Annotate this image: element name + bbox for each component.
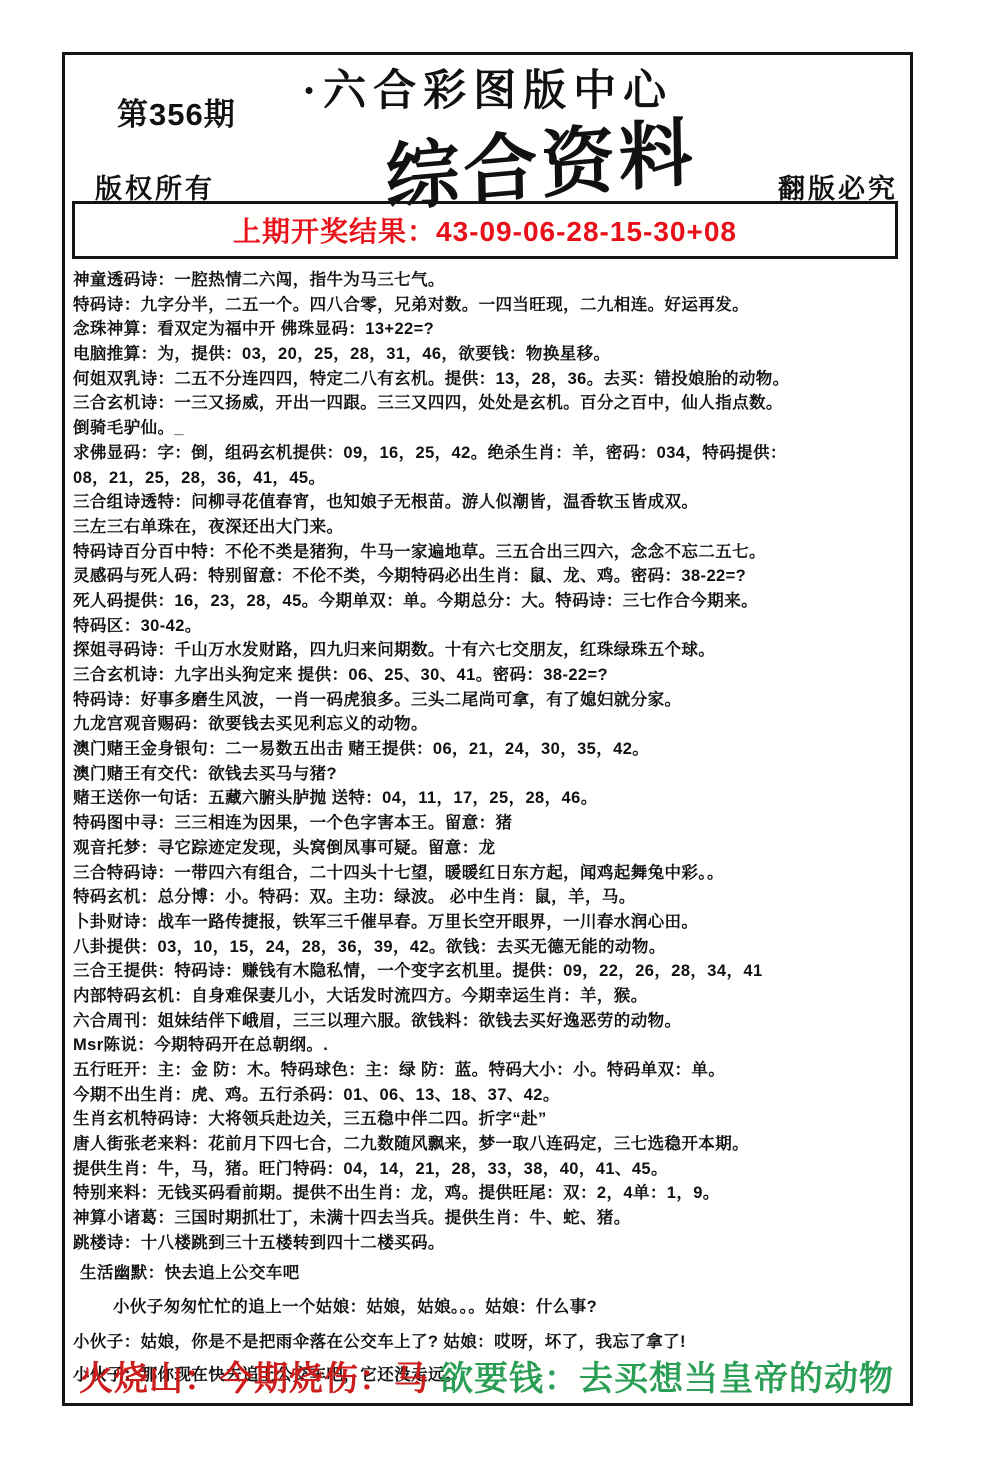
body-line: 特码诗百分百中特：不伦不类是猪狗，牛马一家遍地草。三五合出三四六，念念不忘二五七… xyxy=(73,540,906,565)
body-line: 澳门赌王有交代：欲钱去买马与猪? xyxy=(73,762,906,787)
footer-tip-red: 火烧山：今期烧伤：马 xyxy=(79,1360,429,1398)
body-line: 特别来料：无钱买码看前期。提供不出生肖：龙，鸡。提供旺尾：双：2，4单：1，9。 xyxy=(73,1181,906,1206)
body-line: 灵感码与死人码：特别留意：不伦不类，今期特码必出生肖：鼠、龙、鸡。密码：38-2… xyxy=(73,564,906,589)
body-line: 唐人街张老来料：花前月下四七合，二九数随风飘来，梦一取八连码定，三七选稳开本期。 xyxy=(73,1132,906,1157)
body-line: 死人码提供：16，23，28，45。今期单双：单。今期总分：大。特码诗：三七作合… xyxy=(73,589,906,614)
body-line: 电脑推算：为，提供：03，20，25，28，31，46，欲要钱：物换星移。 xyxy=(73,342,906,367)
body-line: 求佛显码：字：倒，组码玄机提供：09，16，25，42。绝杀生肖：羊，密码：03… xyxy=(73,441,906,466)
body-line: 神童透码诗：一腔热情二六闯，指牛为马三七气。 xyxy=(73,268,906,293)
site-title: ·六合彩图版中心 xyxy=(65,57,910,118)
body-line: 特码诗：九字分半，二五一个。四八合零，兄弟对数。一四当旺现，二九相连。好运再发。 xyxy=(73,293,906,318)
body-line: 神算小诸葛：三国时期抓壮丁，未满十四去当兵。提供生肖：牛、蛇、猪。 xyxy=(73,1206,906,1231)
body-line: 何姐双乳诗：二五不分连四四，特定二八有玄机。提供：13，28，36。去买：错投娘… xyxy=(73,367,906,392)
body-text: 神童透码诗：一腔热情二六闯，指牛为马三七气。特码诗：九字分半，二五一个。四八合零… xyxy=(73,268,906,1387)
body-line: 赌王送你一句话：五藏六腑头胪抛 送特：04，11，17，25，28，46。 xyxy=(73,786,906,811)
body-line: 五行旺开：主：金 防：木。特码球色：主：绿 防：蓝。特码大小：小。特码单双：单。 xyxy=(73,1058,906,1083)
body-line: 提供生肖：牛，马，猪。旺门特码：04，14，21，28，33，38，40，41、… xyxy=(73,1157,906,1182)
body-line: 念珠神算：看双定为福中开 佛珠显码：13+22=? xyxy=(73,317,906,342)
body-line: 今期不出生肖：虎、鸡。五行杀码：01、06、13、18、37、42。 xyxy=(73,1083,906,1108)
last-draw-result: 上期开奖结果：43-09-06-28-15-30+08 xyxy=(233,210,737,250)
body-line: 小伙子匆匆忙忙的追上一个姑娘：姑娘，姑娘。。。姑娘：什么事? xyxy=(73,1295,906,1320)
body-line: 探姐寻码诗：千山万水发财路，四九归来问期数。十有六七交朋友，红珠绿珠五个球。 xyxy=(73,638,906,663)
body-line: 六合周刊：姐妹结伴下峨眉，三三以理六服。欲钱料：欲钱去买好逸恶劳的动物。 xyxy=(73,1009,906,1034)
body-line: 三合特码诗：一带四六有组合，二十四头十七望，暖暖红日东方起，闻鸡起舞兔中彩。。 xyxy=(73,861,906,886)
last-draw-result-box: 上期开奖结果：43-09-06-28-15-30+08 xyxy=(72,201,898,259)
body-line: 特码区：30-42。 xyxy=(73,614,906,639)
body-line: 观音托梦：寻它踪迹定发现，头窝倒凤事可疑。留意：龙 xyxy=(73,836,906,861)
body-line: Msr陈说：今期特码开在总朝纲。. xyxy=(73,1033,906,1058)
body-line: 三合玄机诗：一三又扬威，开出一四跟。三三又四四，处处是玄机。百分之百中，仙人指点… xyxy=(73,391,906,416)
body-line: 九龙宫观音赐码：欲要钱去买见利忘义的动物。 xyxy=(73,712,906,737)
body-line: 倒骑毛驴仙。_ xyxy=(73,416,906,441)
body-line: 三合王提供：特码诗：赚钱有木隐私情，一个变字玄机里。提供：09，22，26，28… xyxy=(73,959,906,984)
body-line: 特码图中寻：三三相连为因果，一个色字害本王。留意：猪 xyxy=(73,811,906,836)
body-line: 08，21，25，28，36，41，45。 xyxy=(73,466,906,491)
page-frame: 第356期 ·六合彩图版中心 综合资料 版权所有 翻版必究 上期开奖结果：43-… xyxy=(62,52,913,1406)
body-line: 生肖玄机特码诗：大将领兵赴边关，三五稳中伴二四。折字“赴” xyxy=(73,1107,906,1132)
body-line: 澳门赌王金身银句：二一易数五出击 赌王提供：06，21，24，30，35，42。 xyxy=(73,737,906,762)
body-line: 三左三右单珠在，夜深还出大门来。 xyxy=(73,515,906,540)
footer-tip-green: 欲要钱：去买想当皇帝的动物 xyxy=(439,1360,894,1398)
body-line: 特码诗：好事多磨生风波，一肖一码虎狼多。三头二尾尚可拿，有了媳妇就分家。 xyxy=(73,688,906,713)
body-line: 八卦提供：03，10，15，24，28，36，39，42。欲钱：去买无德无能的动… xyxy=(73,935,906,960)
body-line: 三合玄机诗：九字出头狗定来 提供：06、25、30、41。密码：38-22=? xyxy=(73,663,906,688)
body-line: 三合组诗透特：问柳寻花值春宵，也知娘子无根苗。游人似潮皆，温香软玉皆成双。 xyxy=(73,490,906,515)
body-line: 特码玄机：总分博：小。特码：双。主功：绿波。 必中生肖：鼠，羊，马。 xyxy=(73,885,906,910)
body-line: 生活幽默：快去追上公交车吧 xyxy=(73,1261,906,1286)
body-line: 内部特码玄机：自身难保妻儿小，大话发时流四方。今期幸运生肖：羊，猴。 xyxy=(73,984,906,1009)
body-line: 卜卦财诗：战车一路传捷报，铁军三千催早春。万里长空开眼界，一川春水润心田。 xyxy=(73,910,906,935)
footer-tip-line: 火烧山：今期烧伤：马欲要钱：去买想当皇帝的动物 xyxy=(79,1351,906,1400)
body-line: 跳楼诗：十八楼跳到三十五楼转到四十二楼买码。 xyxy=(73,1231,906,1256)
